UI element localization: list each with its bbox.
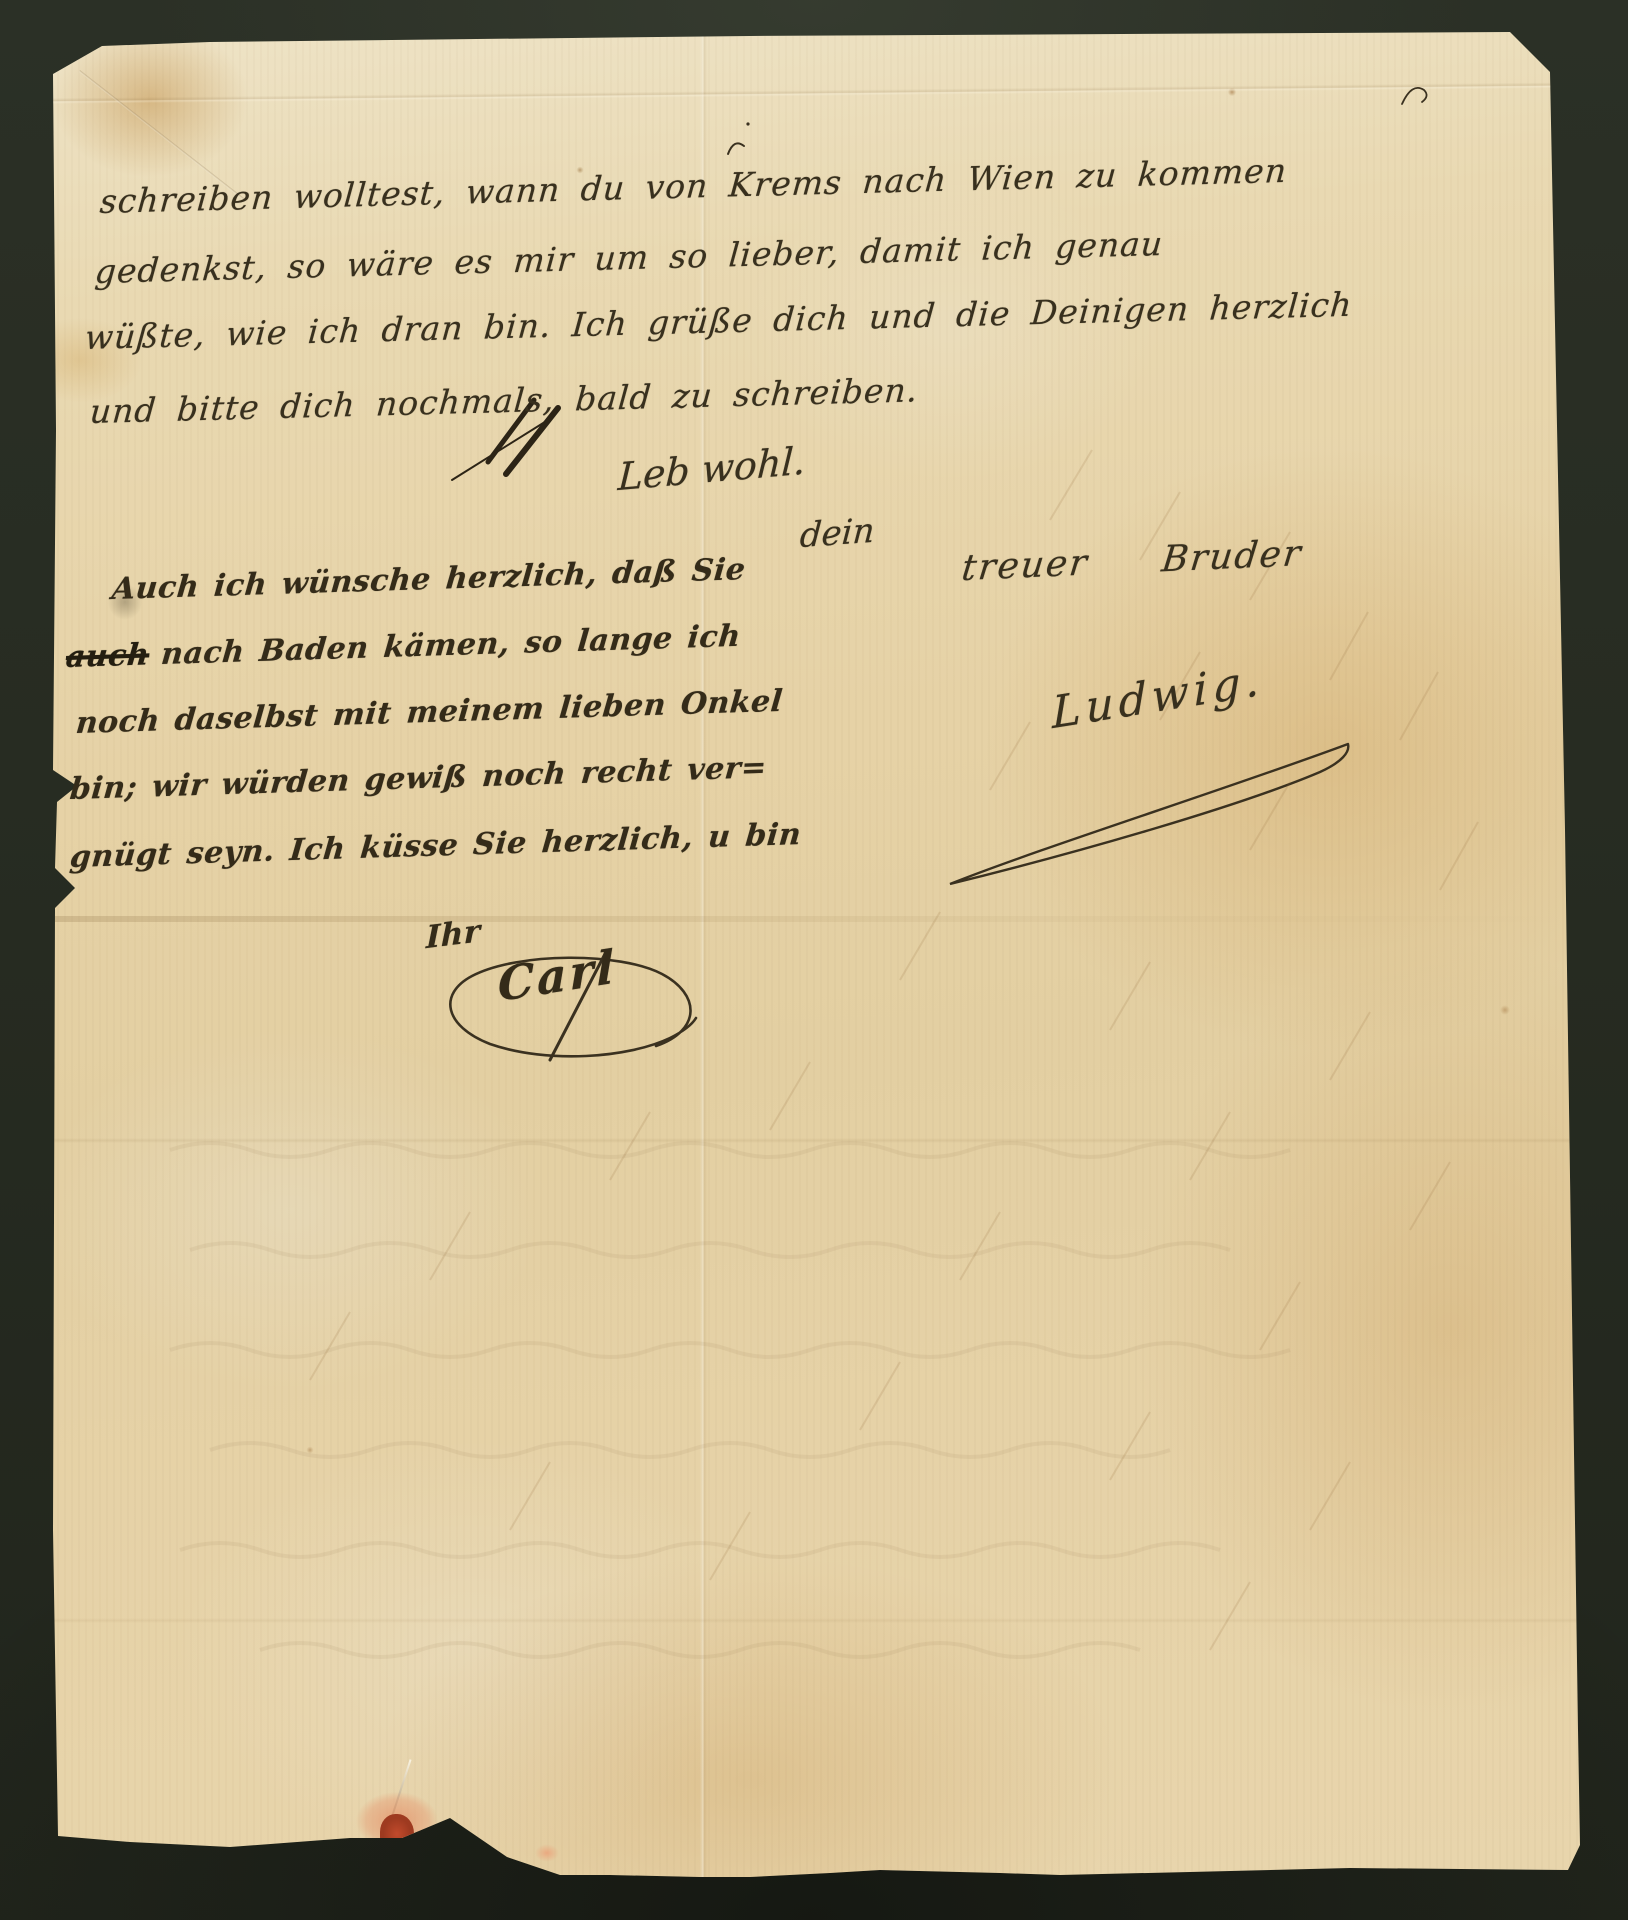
fold-crease-vertical — [700, 30, 707, 1878]
wax-seal-remnant — [380, 1814, 414, 1854]
fold-crease-lower — [50, 1138, 1585, 1143]
ink-smudge — [102, 578, 148, 626]
fold-crease-middle — [50, 916, 1585, 922]
fold-crease-top — [50, 82, 1585, 104]
letter-scan: schreiben wolltest, wann du von Krems na… — [0, 0, 1628, 1920]
wax-stain-small — [532, 1842, 562, 1864]
corner-crease — [79, 70, 246, 201]
fold-crease-bottom — [50, 1618, 1585, 1623]
letter-paper — [50, 30, 1585, 1878]
